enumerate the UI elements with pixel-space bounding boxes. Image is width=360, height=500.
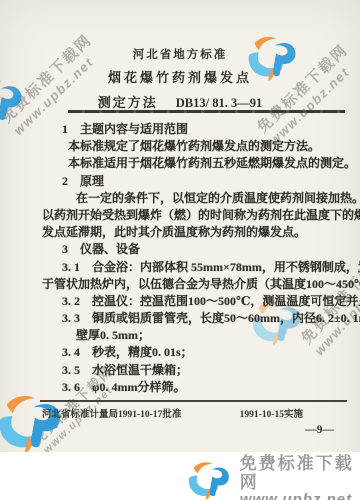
body-line: 3. 4 秒表，精度0. 01s；	[62, 344, 345, 361]
up-logo-icon	[184, 459, 233, 500]
approval-note: 河北省标准计量局1991-10-17批准	[42, 406, 181, 420]
section-heading-1: 1 主题内容与适用范围	[62, 121, 345, 138]
body-line: 3. 1 合金浴：内部体积 55mm×78mm，用不锈钢制成，置	[62, 259, 345, 276]
body-line: 壁厚0. 5mm；	[76, 327, 345, 344]
body-line: 3. 5 水浴恒温干燥箱；	[62, 362, 345, 379]
section-heading-3: 3 仪器、设备	[62, 241, 345, 258]
body-line: 在一定的条件下，以恒定的介质温度使药剂间接加热。	[76, 190, 345, 207]
body-line: 3. 2 控温仪：控温范围100～500℃，测温温度可恒定并显示；	[62, 293, 345, 310]
header-rule	[68, 110, 345, 113]
document-body: 1 主题内容与适用范围 本标准规定了烟花爆竹药剂爆发点的测定方法。 本标准适用于…	[42, 121, 345, 396]
scanned-page: 免费标准下载网 www.upbz.net 免费标准下载网 www.upbz.ne…	[0, 0, 360, 500]
site-name: 免费标准下载网	[240, 454, 360, 492]
implementation-note: 1991-10-15实施	[240, 406, 345, 420]
body-line: 3. 3 铜质或铝质雷管壳，长度50～60mm，内径6. 2±0. 1mm，	[62, 310, 345, 327]
page-number: —9—	[305, 424, 334, 436]
body-line: 本标准规定了烟花爆竹药剂爆发点的测定方法。	[68, 138, 345, 155]
section-heading-2: 2 原理	[62, 173, 345, 190]
body-line: 本标准适用于烟花爆竹药剂五秒延燃期爆发点的测定。	[68, 155, 345, 172]
standard-number: DB13/ 81. 3—91	[176, 96, 262, 111]
site-url: www.upbz.net	[240, 492, 360, 500]
body-line: 3. 6 φ0. 4mm分样筛。	[62, 379, 345, 396]
footer-rule	[40, 400, 347, 402]
document-title: 烟花爆竹药剂爆发点	[0, 67, 360, 86]
document-subtitle: 测定方法	[98, 92, 158, 111]
body-line: 以药剂开始受热到爆炸（燃）的时间称为药剂在此温度下的爆	[42, 207, 345, 224]
document-header: 河北省地方标准 烟花爆竹药剂爆发点 测定方法 DB13/ 81. 3—91	[0, 46, 360, 111]
site-banner: 免费标准下载网 www.upbz.net	[184, 454, 360, 500]
site-banner-text: 免费标准下载网 www.upbz.net	[240, 454, 360, 500]
body-line: 发点延滞期，此时其介质温度称为药剂的爆发点。	[42, 224, 345, 241]
document-footer: 河北省标准计量局1991-10-17批准 1991-10-15实施	[42, 406, 345, 420]
body-line: 于管状加热炉内，以伍德合金为导热介质（其温度100～450℃）；	[42, 276, 345, 293]
standard-org: 河北省地方标准	[0, 46, 360, 62]
